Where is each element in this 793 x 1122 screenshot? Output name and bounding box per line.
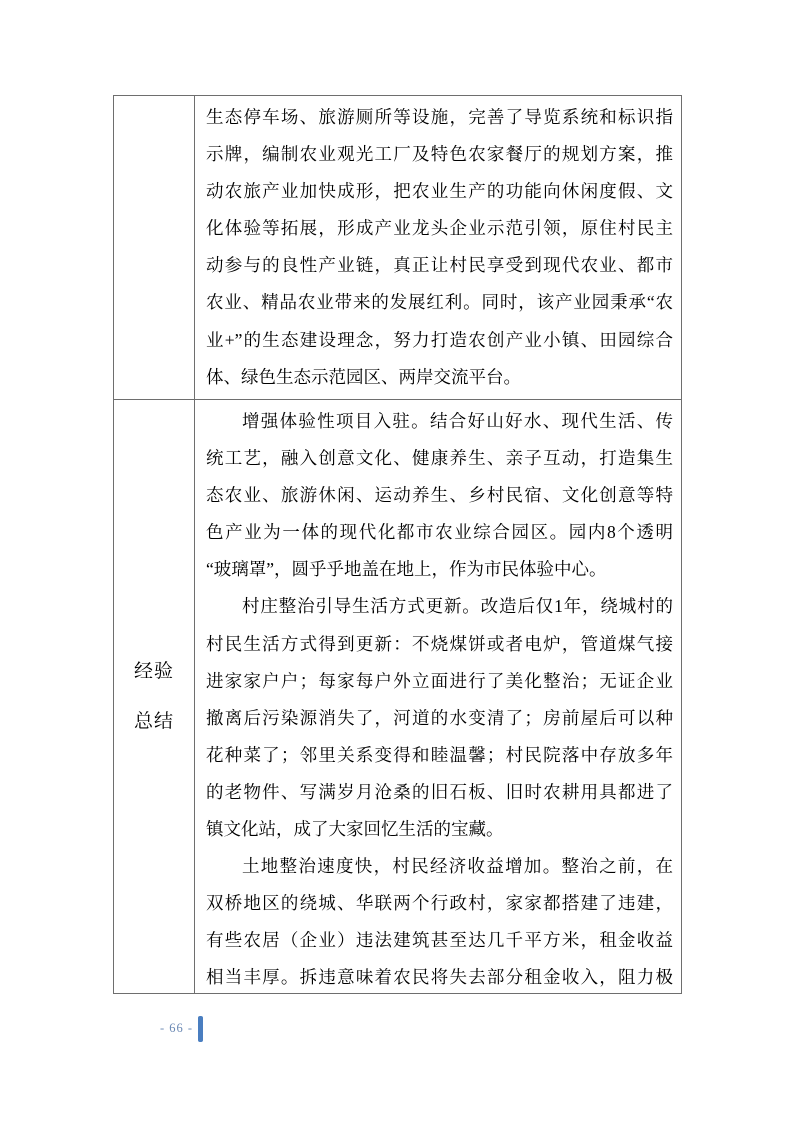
row-body-cell: 增强体验性项目入驻。结合好山好水、现代生活、传统工艺，融入创意文化、健康养生、亲… — [195, 400, 681, 993]
text-line: 村庄整治引导生活方式更新。改造后仅1年，绕城村的 — [206, 588, 673, 625]
text-line: 增强体验性项目入驻。结合好山好水、现代生活、传 — [206, 403, 673, 440]
page-number: - 66 - — [160, 1020, 193, 1036]
text-line: 有些农居（企业）违法建筑甚至达几千平方米，租金收益 — [206, 922, 673, 959]
document-page: 生态停车场、旅游厕所等设施，完善了导览系统和标识指示牌，编制农业观光工厂及特色农… — [0, 0, 793, 1122]
text-line: 体、绿色生态示范园区、两岸交流平台。 — [206, 359, 673, 396]
row-label-cell — [114, 96, 195, 399]
text-line: 花种菜了；邻里关系变得和睦温馨；村民院落中存放多年 — [206, 737, 673, 774]
text-line: 撤离后污染源消失了，河道的水变清了；房前屋后可以种 — [206, 700, 673, 737]
text-line: 化体验等拓展，形成产业龙头企业示范引领，原住村民主 — [206, 210, 673, 247]
text-line: 统工艺，融入创意文化、健康养生、亲子互动，打造集生 — [206, 440, 673, 477]
text-line: 双桥地区的绕城、华联两个行政村，家家都搭建了违建， — [206, 885, 673, 922]
row-label-line: 总结 — [134, 697, 174, 747]
row-label-cell: 经验总结 — [114, 400, 195, 993]
text-line: 生态停车场、旅游厕所等设施，完善了导览系统和标识指 — [206, 99, 673, 136]
row-body-cell: 生态停车场、旅游厕所等设施，完善了导览系统和标识指示牌，编制农业观光工厂及特色农… — [195, 96, 681, 399]
text-line: 进家家户户；每家每户外立面进行了美化整治；无证企业 — [206, 663, 673, 700]
text-line: 色产业为一体的现代化都市农业综合园区。园内8个透明 — [206, 514, 673, 551]
table-row: 经验总结增强体验性项目入驻。结合好山好水、现代生活、传统工艺，融入创意文化、健康… — [114, 399, 681, 993]
text-line: 土地整治速度快，村民经济收益增加。整治之前，在 — [206, 848, 673, 885]
text-line: 镇文化站，成了大家回忆生活的宝藏。 — [206, 811, 673, 848]
summary-table: 生态停车场、旅游厕所等设施，完善了导览系统和标识指示牌，编制农业观光工厂及特色农… — [113, 95, 682, 994]
row-label-line: 经验 — [134, 647, 174, 697]
text-line: 态农业、旅游休闲、运动养生、乡村民宿、文化创意等特 — [206, 477, 673, 514]
text-line: 动参与的良性产业链，真正让村民享受到现代农业、都市 — [206, 247, 673, 284]
text-line: 村民生活方式得到更新：不烧煤饼或者电炉，管道煤气接 — [206, 626, 673, 663]
text-line: 的老物件、写满岁月沧桑的旧石板、旧时农耕用具都进了 — [206, 774, 673, 811]
row-label: 经验总结 — [134, 647, 174, 747]
text-line: 农业、精品农业带来的发展红利。同时，该产业园秉承“农 — [206, 284, 673, 321]
text-line: 示牌，编制农业观光工厂及特色农家餐厅的规划方案，推 — [206, 136, 673, 173]
text-cursor — [198, 1016, 203, 1042]
table-row: 生态停车场、旅游厕所等设施，完善了导览系统和标识指示牌，编制农业观光工厂及特色农… — [114, 96, 681, 399]
text-line: 业+”的生态建设理念，努力打造农创产业小镇、田园综合 — [206, 322, 673, 359]
text-line: “玻璃罩”，圆乎乎地盖在地上，作为市民体验中心。 — [206, 551, 673, 588]
text-line: 相当丰厚。拆违意味着农民将失去部分租金收入，阻力极 — [206, 959, 673, 993]
text-line: 动农旅产业加快成形，把农业生产的功能向休闲度假、文 — [206, 173, 673, 210]
